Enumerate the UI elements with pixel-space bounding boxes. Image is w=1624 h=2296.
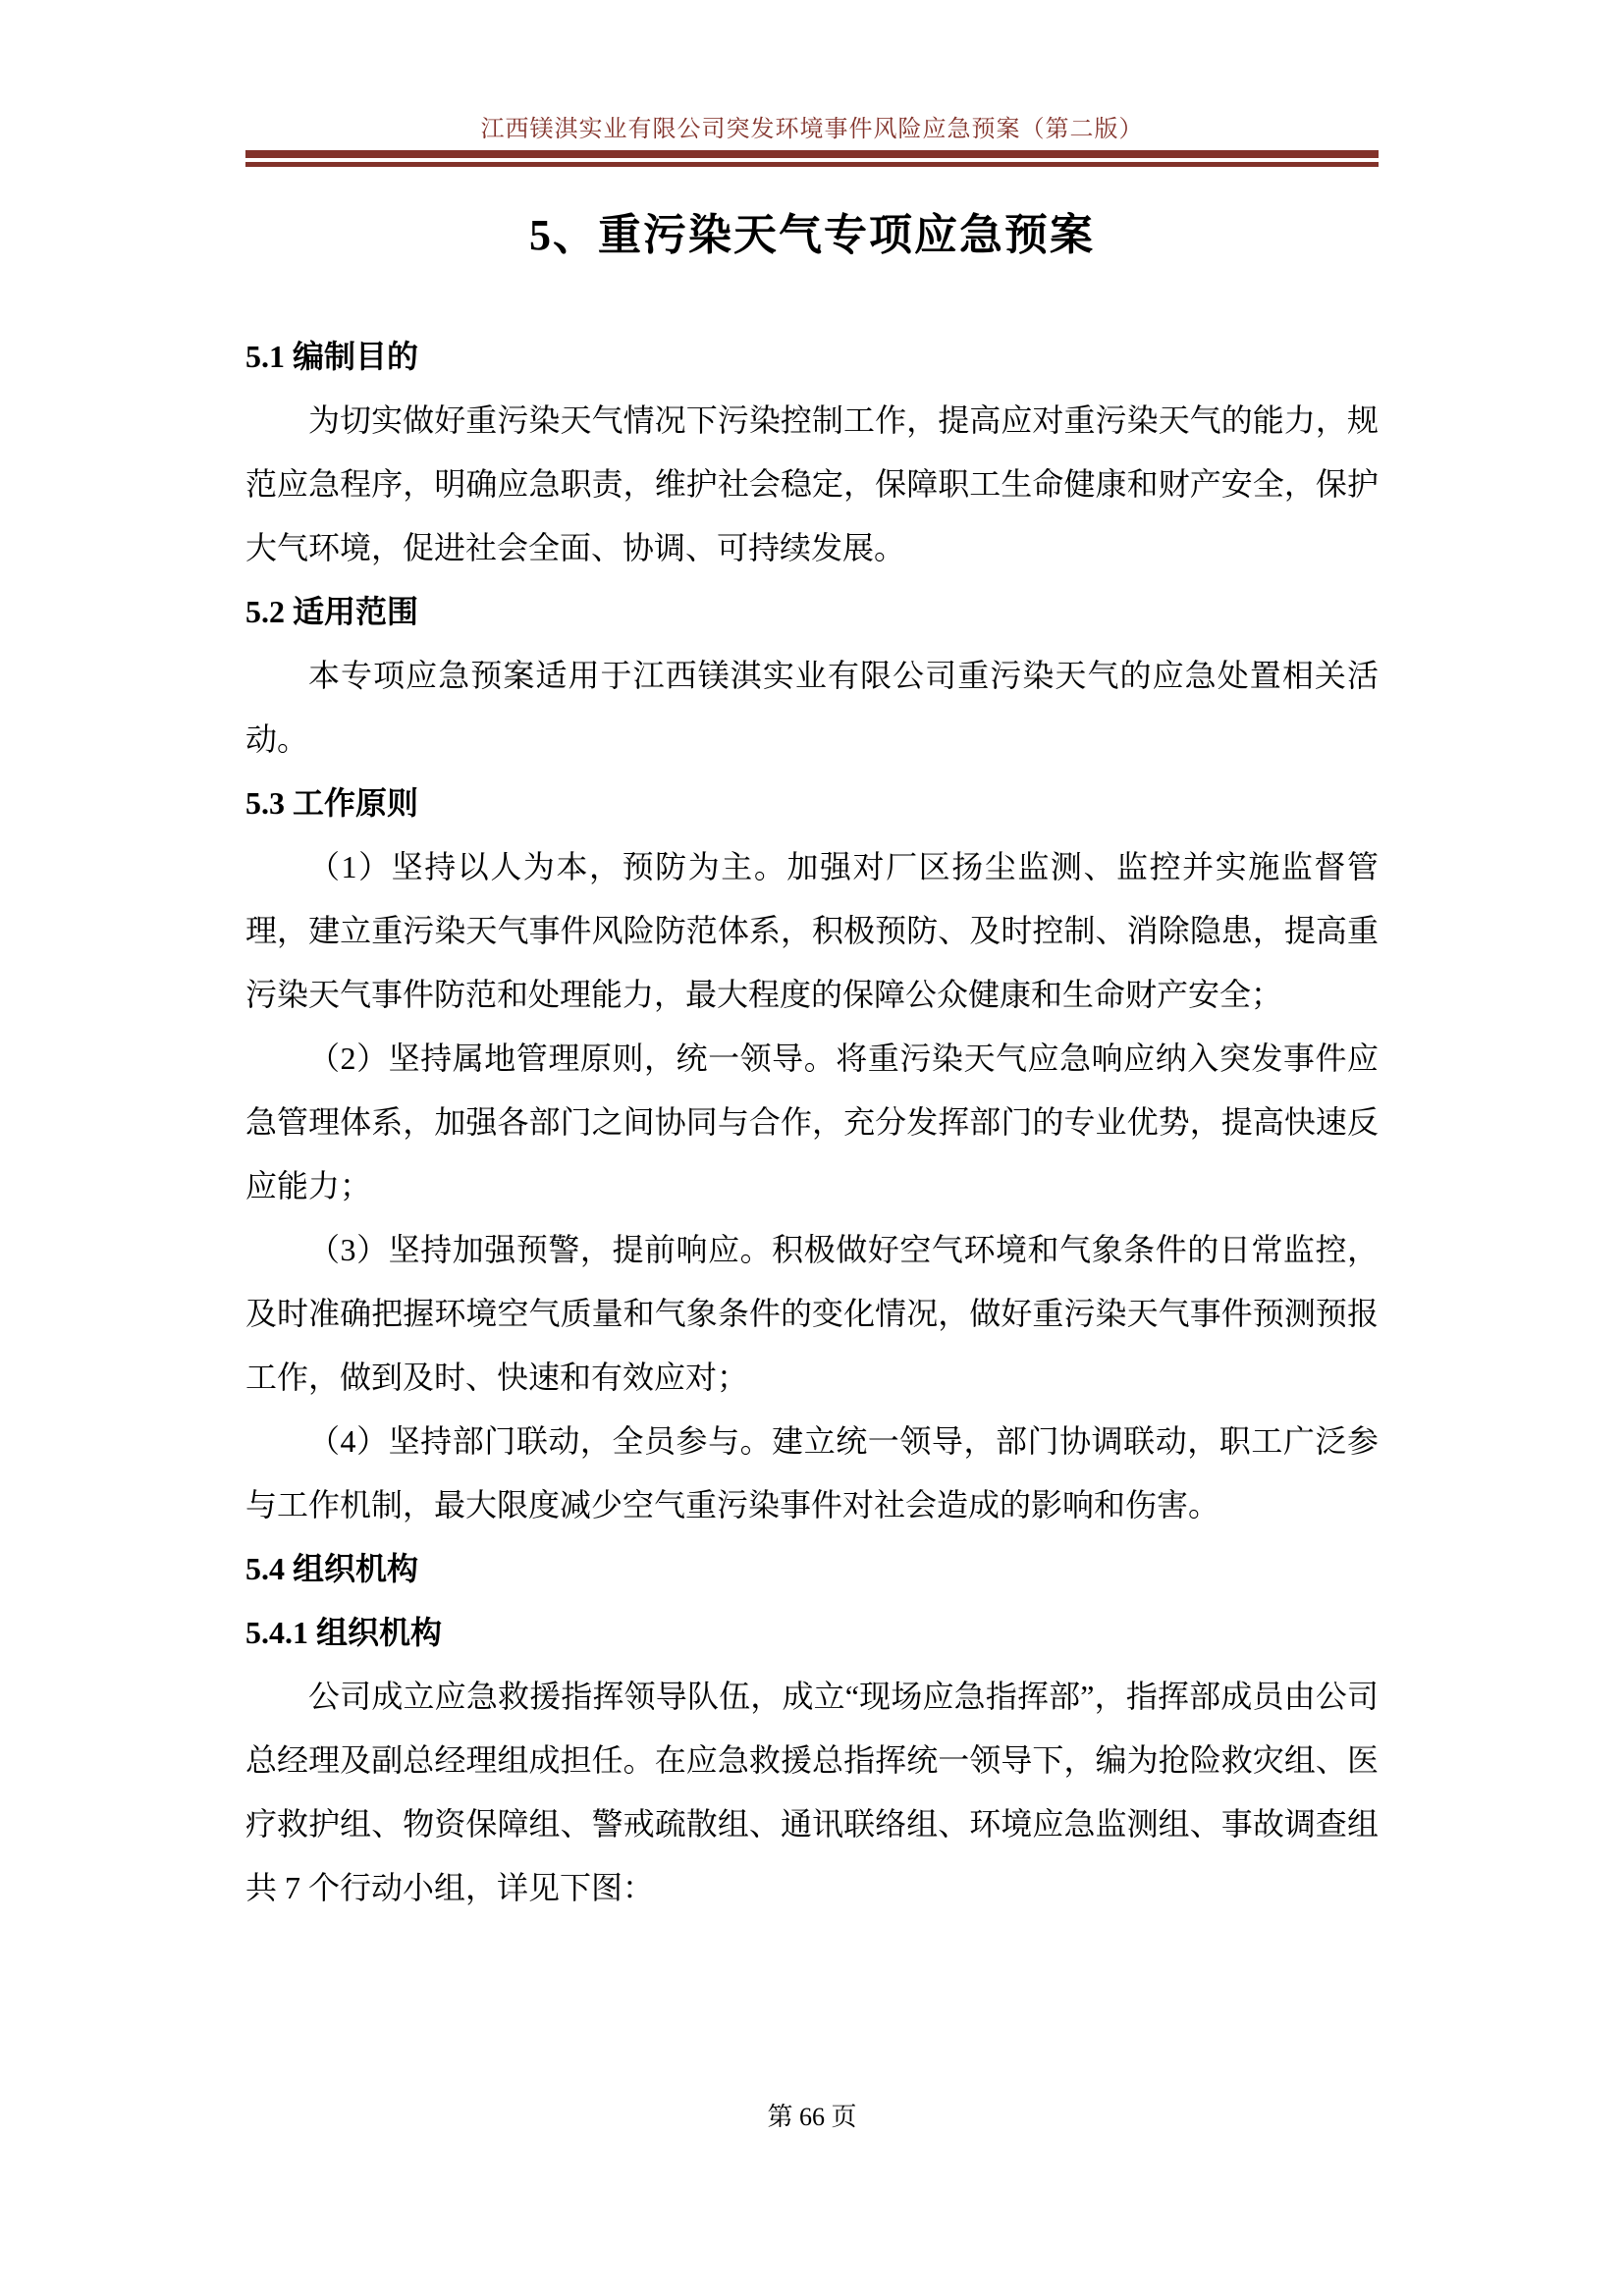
body-paragraph: （3）坚持加强预警，提前响应。积极做好空气环境和气象条件的日常监控，及时准确把握…	[245, 1218, 1379, 1410]
document-page: 江西镁淇实业有限公司突发环境事件风险应急预案（第二版） 5、重污染天气专项应急预…	[0, 0, 1624, 2296]
section-heading-5-1: 5.1 编制目的	[245, 325, 1379, 389]
body-paragraph: （1）坚持以人为本，预防为主。加强对厂区扬尘监测、监控并实施监督管理，建立重污染…	[245, 835, 1379, 1027]
section-heading-5-4: 5.4 组织机构	[245, 1537, 1379, 1601]
section-heading-5-2: 5.2 适用范围	[245, 580, 1379, 644]
body-paragraph: 公司成立应急救援指挥领导队伍，成立“现场应急指挥部”，指挥部成员由公司总经理及副…	[245, 1665, 1379, 1920]
section-heading-5-3: 5.3 工作原则	[245, 772, 1379, 835]
header-rule	[245, 150, 1379, 167]
header-title: 江西镁淇实业有限公司突发环境事件风险应急预案（第二版）	[0, 112, 1624, 147]
page-footer: 第 66 页	[0, 2101, 1624, 2134]
body-paragraph: （2）坚持属地管理原则，统一领导。将重污染天气应急响应纳入突发事件应急管理体系，…	[245, 1027, 1379, 1218]
section-heading-5-4-1: 5.4.1 组织机构	[245, 1601, 1379, 1665]
page-number: 第 66 页	[767, 2103, 856, 2131]
page-header: 江西镁淇实业有限公司突发环境事件风险应急预案（第二版）	[0, 0, 1624, 167]
body-paragraph: 为切实做好重污染天气情况下污染控制工作，提高应对重污染天气的能力，规范应急程序，…	[245, 389, 1379, 580]
page-title: 5、重污染天气专项应急预案	[245, 211, 1379, 260]
header-rule-thin-line	[245, 162, 1379, 167]
document-body: 5、重污染天气专项应急预案 5.1 编制目的 为切实做好重污染天气情况下污染控制…	[245, 211, 1379, 1920]
body-paragraph: 本专项应急预案适用于江西镁淇实业有限公司重污染天气的应急处置相关活动。	[245, 644, 1379, 772]
body-paragraph: （4）坚持部门联动，全员参与。建立统一领导，部门协调联动，职工广泛参与工作机制，…	[245, 1410, 1379, 1537]
header-rule-thick-line	[245, 150, 1379, 158]
